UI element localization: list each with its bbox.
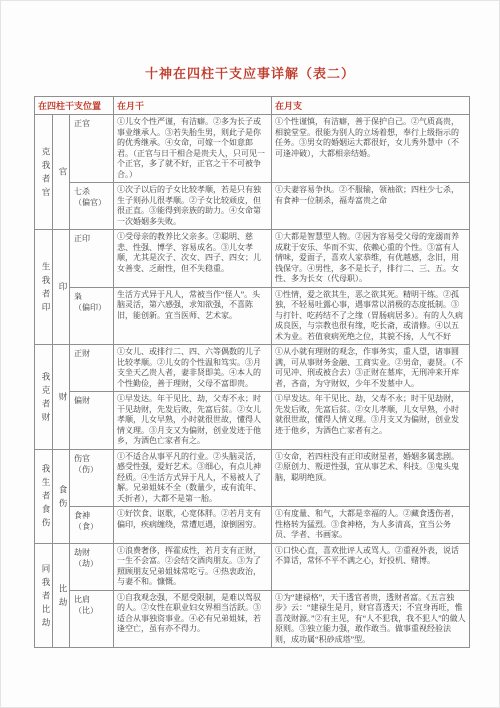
month-stem-cell: ①浪费奢侈，挥霍成性，若月支有正财，一生不会富。②会结交酒肉朋友。③为了照顾朋友… <box>114 543 272 590</box>
month-stem-cell: ①儿女个性严谨，有洁癖。②多为长子或事业继承人。③若失胎生男，则此子是你的优秀继… <box>114 115 272 183</box>
month-branch-cell: ①为“建禄格”，天干透官者贵，透财者富。《五言独步》云：“建禄生是月，财官喜透天… <box>272 590 470 648</box>
star-name: 劫财 （劫） <box>70 543 114 590</box>
month-branch-cell: ①夫妻容易争执。②不服输，领袖欲；四柱少七杀，有食神一位制杀，福寿富贵之命 <box>272 183 470 230</box>
group-relation-wealth: 我克者财 <box>35 345 53 450</box>
star-name: 正官 <box>70 115 114 183</box>
group-category-output: 食伤 <box>53 449 70 543</box>
month-stem-cell: ①受母亲的教养比父亲多。②聪明、慈悲、性强、博学、容易成名。③儿女孝顺，尤其是次… <box>114 230 272 288</box>
table-row: 枭 （偏印） 生活方式异于凡人，常被当作“怪人”。头脑灵活，第六感强，求知欲强，… <box>35 287 470 345</box>
table-row: 七杀 （偏官） ①次子以后的子女比较孝顺，若是只有独生子则孙儿很孝顺。②子女比较… <box>35 183 470 230</box>
group-category-seal: 印 <box>53 230 70 345</box>
star-name: 伤官 （伤） <box>70 449 114 507</box>
table-row: 克我者官 官 正官 ①儿女个性严谨，有洁癖。②多为长子或事业继承人。③若失胎生男… <box>35 115 470 183</box>
month-branch-cell: ①大都是智慧型人物。②因为容易受父母的宠溺而养成耽于安乐、华而不实、依赖心重的个… <box>272 230 470 288</box>
month-stem-cell: ①早发达。年干见比、劫，父寿不永；时干见劫财，先发后败，先富后贫。②女儿孝顺，儿… <box>114 392 272 450</box>
table-row: 生我者印 印 正印 ①受母亲的教养比父亲多。②聪明、慈悲、性强、博学、容易成名。… <box>35 230 470 288</box>
group-relation-officer: 克我者官 <box>35 115 53 230</box>
header-position: 在四柱干支位置 <box>35 97 114 115</box>
month-branch-cell: ①性情，爱之欲其生，恶之欲其死。精明干练。②孤独，不轻易吐露心事，遇事常以消极的… <box>272 287 470 345</box>
table-row: 同我者比劫 比劫 劫财 （劫） ①浪费奢侈，挥霍成性，若月支有正财，一生不会富。… <box>35 543 470 590</box>
month-stem-cell: ①好饮食、讴歌，心宽体胖。②若月支有偏印，疾病缠绕，常遭厄遇，潦倒困穷。 <box>114 507 272 544</box>
page-title: 十神在四柱干支应事详解（表二） <box>1 1 499 82</box>
table-row: 食神 （食） ①好饮食、讴歌，心宽体胖。②若月支有偏印，疾病缠绕，常遭厄遇，潦倒… <box>35 507 470 544</box>
month-branch-cell: ①有度量、和气，大都是幸福的人。②藏食透伤者，性格转为猛烈。③食神格，为人多清高… <box>272 507 470 544</box>
table-row: 比肩 （比） ①自我观念强，不愿受限制，是难以驾驭的人。②女性在职业妇女界相当活… <box>35 590 470 648</box>
month-stem-cell: ①不适合从事平凡的行业。②头脑灵活，感受性强，爱好艺术。③细心，有点儿神经质。④… <box>114 449 272 507</box>
star-name: 七杀 （偏官） <box>70 183 114 230</box>
group-relation-seal: 生我者印 <box>35 230 53 345</box>
star-name: 偏财 <box>70 392 114 450</box>
month-stem-cell: ①女儿、或排行二、四、六等偶数的儿子比较孝顺。②儿女的个性温和笃实。③月支坐天乙… <box>114 345 272 392</box>
month-branch-cell: ①口快心直，喜欢批评人或骂人。②重视外表，说话不算话，常怀不平不满之心，好投机、… <box>272 543 470 590</box>
star-name: 枭 （偏印） <box>70 287 114 345</box>
star-name: 正财 <box>70 345 114 392</box>
star-name: 正印 <box>70 230 114 288</box>
table-header-row: 在四柱干支位置 在月干 在月支 <box>35 97 470 115</box>
group-relation-output: 我生者食伤 <box>35 449 53 543</box>
header-month-stem: 在月干 <box>114 97 272 115</box>
group-category-officer: 官 <box>53 115 70 230</box>
ten-gods-table: 在四柱干支位置 在月干 在月支 克我者官 官 正官 ①儿女个性严谨，有洁癖。②多… <box>34 96 470 648</box>
table-row: 我克者财 财 正财 ①女儿、或排行二、四、六等偶数的儿子比较孝顺。②儿女的个性温… <box>35 345 470 392</box>
table-row: 偏财 ①早发达。年干见比、劫，父寿不永；时干见劫财，先发后败，先富后贫。②女儿孝… <box>35 392 470 450</box>
group-relation-peer: 同我者比劫 <box>35 543 53 648</box>
month-branch-cell: ①早发达。年干见比、劫，父寿不永；时干见劫财，先发后败，先富后贫。②女儿孝顺，儿… <box>272 392 470 450</box>
month-stem-cell: ①自我观念强，不愿受限制，是难以驾驭的人。②女性在职业妇女界相当活跃。③适合从事… <box>114 590 272 648</box>
month-branch-cell: ①从小就有理财的观念，作事务实，重人望，诸事圆满，可从事财务金融、工商实业。②男… <box>272 345 470 392</box>
document-page: 十神在四柱干支应事详解（表二） 在四柱干支位置 在月干 在月支 克我者官 官 正… <box>0 0 500 708</box>
month-branch-cell: ①个性谨慎，有洁癖，善于保护自己。②气质高贵，相貌堂堂。很能为别人的立场着想，奉… <box>272 115 470 183</box>
header-month-branch: 在月支 <box>272 97 470 115</box>
group-category-wealth: 财 <box>53 345 70 450</box>
month-stem-cell: 生活方式异于凡人，常被当作“怪人”。头脑灵活，第六感强，求知欲强，不喜陈旧，能创… <box>114 287 272 345</box>
group-category-peer: 比劫 <box>53 543 70 648</box>
star-name: 食神 （食） <box>70 507 114 544</box>
star-name: 比肩 （比） <box>70 590 114 648</box>
table-row: 我生者食伤 食伤 伤官 （伤） ①不适合从事平凡的行业。②头脑灵活，感受性强，爱… <box>35 449 470 507</box>
month-branch-cell: ①女命，若四柱没有正印或财星者，婚姻多属悲剧。②原创力、叛逆性强，宜从事艺术、科… <box>272 449 470 507</box>
month-stem-cell: ①次子以后的子女比较孝顺，若是只有独生子则孙儿很孝顺。②子女比较顽皮，但很正直。… <box>114 183 272 230</box>
